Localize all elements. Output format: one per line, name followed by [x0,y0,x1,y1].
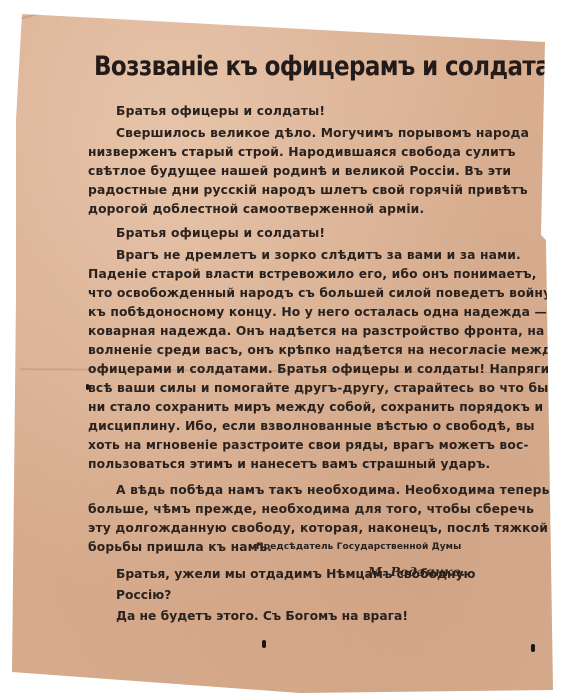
text-line: низверженъ старый строй. Народившаяся св… [88,143,498,162]
signature-name: М. Родзянко. [368,564,465,579]
signature-title: Предсѣдатель Государственной Думы [256,542,461,552]
text-line: офицерами и солдатами. Братья офицеры и … [88,360,498,379]
text-line: больше, чѣмъ прежде, необходима для того… [88,500,498,519]
text-line: хоть на мгновеніе разстроите свои ряды, … [88,436,498,455]
text-line: дорогой доблестной самоотверженной арміи… [88,200,498,219]
paragraph-2: Врагъ не дремлетъ и зорко слѣдитъ за вам… [88,246,498,474]
salutation: Братья офицеры и солдаты! [116,226,498,240]
paper-sheet: Воззваніе къ офицерамъ и солдатамъ. Брат… [0,0,575,700]
text-line: ни стало сохранить миръ между собой, сох… [88,398,498,417]
text-line: пользоваться этимъ и нанесетъ вамъ страш… [88,455,498,474]
pin-hole [262,640,266,648]
paragraph-1: Свершилось великое дѣло. Могучимъ порыво… [88,124,498,219]
pin-hole [531,644,535,652]
document-title: Воззваніе къ офицерамъ и солдатамъ. [94,52,498,82]
salutation: Братья офицеры и солдаты! [116,104,498,118]
text-line: А вѣдь побѣда намъ такъ необходима. Необ… [88,481,498,500]
text-line: Врагъ не дремлетъ и зорко слѣдитъ за вам… [88,246,498,265]
closing-exclamation: Да не будетъ этого. Съ Богомъ на врага! [116,606,498,627]
text-line: всѣ ваши силы и помогайте другъ-другу, с… [88,379,498,398]
text-line: что освобожденный народъ съ большей сило… [88,284,498,303]
text-line: радостные дни русскій народъ шлетъ свой … [88,181,498,200]
text-line: къ побѣдоносному концу. Но у него остала… [88,303,498,322]
text-line: коварная надежда. Онъ надѣется на разстр… [88,322,498,341]
text-line: свѣтлое будущее нашей родинѣ и великой Р… [88,162,498,181]
text-line: дисциплину. Ибо, если взволнованные вѣст… [88,417,498,436]
text-line: Паденіе старой власти встревожило его, и… [88,265,498,284]
pin-hole [86,384,89,390]
signature-block: Предсѣдатель Государственной Думы М. Род… [256,542,461,552]
text-line: волненіе среди васъ, онъ крѣпко надѣется… [88,341,498,360]
text-line: эту долгожданную свободу, которая, након… [88,519,498,538]
proclamation-body: Воззваніе къ офицерамъ и солдатамъ. Брат… [88,50,498,627]
scan-background: Воззваніе къ офицерамъ и солдатамъ. Брат… [0,0,575,700]
paper-corner-crease [10,0,146,22]
text-line: Свершилось великое дѣло. Могучимъ порыво… [88,124,498,143]
